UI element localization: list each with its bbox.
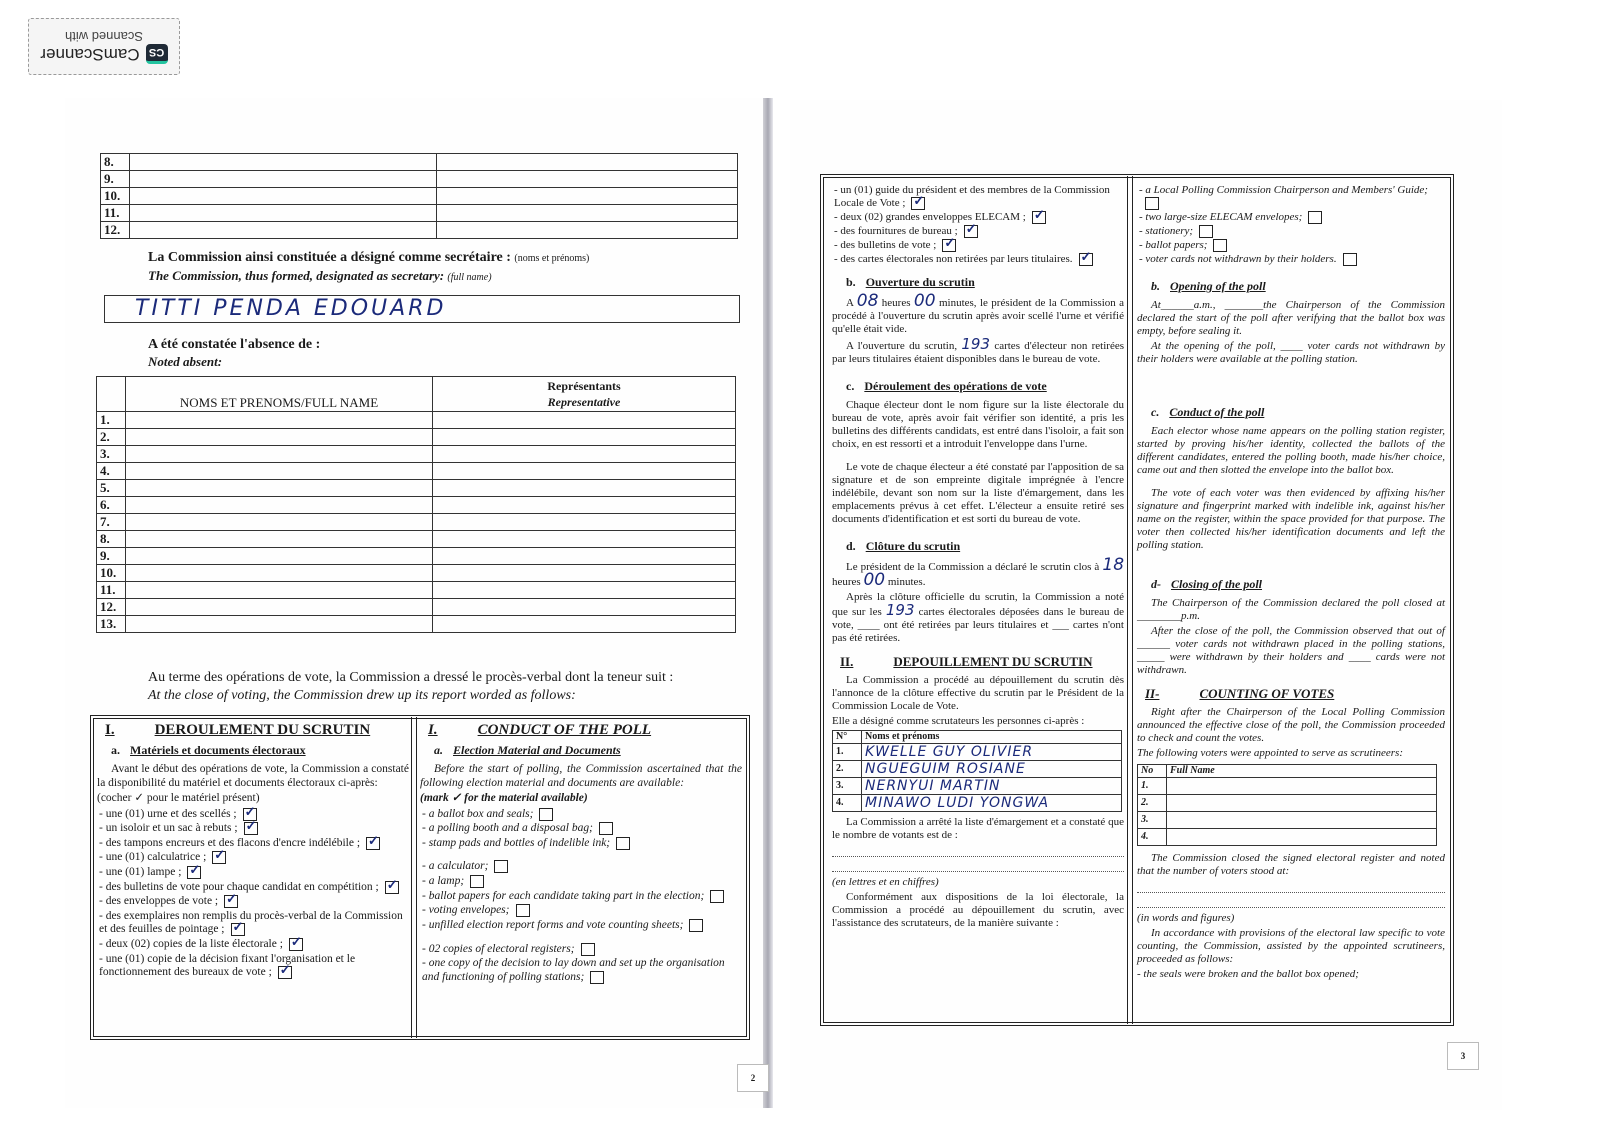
table-row: 1.KWELLE GUY OLIVIER: [833, 744, 1122, 761]
checkbox-checked[interactable]: [366, 837, 380, 850]
table-row: 3.NERNYUI MARTIN: [833, 778, 1122, 795]
checklist-item: - a Local Polling Commission Chairperson…: [1139, 184, 1445, 210]
table-row: 2.: [1138, 795, 1437, 812]
section-en-column: I.CONDUCT OF THE POLL a.Election Materia…: [420, 720, 742, 985]
table-row: 6.: [97, 497, 736, 514]
table-row: 4.: [1138, 829, 1437, 846]
table-row: 5.: [97, 480, 736, 497]
absent-rep-cell[interactable]: [433, 582, 736, 599]
absent-rep-cell[interactable]: [433, 565, 736, 582]
checkbox-empty[interactable]: [581, 943, 595, 956]
table-row: 4.: [97, 463, 736, 480]
camscanner-caption: Scanned with: [65, 29, 143, 44]
scrutineer-name[interactable]: KWELLE GUY OLIVIER: [862, 744, 1122, 761]
checkbox-empty[interactable]: [1308, 211, 1322, 224]
table-row: 1.: [97, 412, 736, 429]
absent-name-cell[interactable]: [126, 582, 433, 599]
member-role-cell[interactable]: [437, 222, 738, 239]
voters-count-line[interactable]: [1137, 897, 1445, 908]
checklist-item: - des enveloppes de vote ;: [99, 895, 409, 909]
checkbox-checked[interactable]: [942, 239, 956, 252]
checklist-item: - des fournitures de bureau ;: [834, 225, 1124, 238]
camscanner-name: CamScanner: [40, 44, 139, 64]
absent-name-cell[interactable]: [126, 616, 433, 633]
section-title: DEROULEMENT DU SCRUTIN: [155, 724, 371, 738]
absent-rep-cell[interactable]: [433, 412, 736, 429]
absent-rep-cell[interactable]: [433, 599, 736, 616]
members-table: 8. 9. 10. 11. 12.: [100, 153, 738, 239]
table-row: 3.: [97, 446, 736, 463]
section-title: COUNTING OF VOTES: [1199, 687, 1334, 700]
report-intro-en: At the close of voting, the Commission d…: [148, 688, 576, 704]
table-row: 10.: [101, 188, 738, 205]
checklist-item: - a calculator;: [422, 860, 742, 874]
table-row: 12.: [101, 222, 738, 239]
checklist-item: - stationery;: [1139, 225, 1445, 238]
table-header: NOMS ET PRENOMS/FULL NAME Représentants …: [97, 377, 736, 412]
column-divider: [411, 717, 417, 1038]
camscanner-logo-icon: CS: [146, 44, 168, 64]
absent-name-cell[interactable]: [126, 446, 433, 463]
absent-rep-cell[interactable]: [433, 463, 736, 480]
checklist-item: - a lamp;: [422, 875, 742, 889]
section-title: DEPOUILLEMENT DU SCRUTIN: [893, 655, 1092, 668]
voters-count-line[interactable]: [832, 846, 1124, 857]
checklist-item: - two large-size ELECAM envelopes;: [1139, 211, 1445, 224]
checklist-item: - voter cards not withdrawn by their hol…: [1139, 253, 1445, 266]
checklist-item: - unfilled election report forms and vot…: [422, 919, 742, 933]
checklist-item: - voting envelopes;: [422, 904, 742, 918]
absent-rep-cell[interactable]: [433, 548, 736, 565]
scrutineers-table-en: NoFull Name 1. 2. 3. 4.: [1137, 764, 1437, 846]
secretary-label-en: The Commission, thus formed, designated …: [148, 268, 492, 284]
absent-rep-cell[interactable]: [433, 531, 736, 548]
checklist-item: - des tampons encreurs et des flacons d'…: [99, 837, 409, 851]
checkbox-empty[interactable]: [539, 808, 553, 821]
table-row: 3.: [1138, 812, 1437, 829]
checkbox-checked[interactable]: [278, 966, 292, 979]
member-name-cell[interactable]: [130, 188, 437, 205]
table-row: 8.: [101, 154, 738, 171]
checkbox-checked[interactable]: [224, 895, 238, 908]
table-row: 4.MINAWO LUDI YONGWA: [833, 795, 1122, 812]
checklist-item: - des exemplaires non remplis du procès-…: [99, 910, 409, 937]
table-row: 2.: [97, 429, 736, 446]
table-row: 11.: [101, 205, 738, 222]
checkbox-empty[interactable]: [710, 890, 724, 903]
column-header-representative: Représentants Representative: [433, 377, 736, 412]
opening-cards-field[interactable]: 193: [961, 335, 990, 353]
checklist-item: - one copy of the decision to lay down a…: [422, 957, 742, 984]
checkbox-empty[interactable]: [1343, 253, 1357, 266]
absent-name-cell[interactable]: [126, 514, 433, 531]
checkbox-empty[interactable]: [599, 822, 613, 835]
absent-name-cell[interactable]: [126, 412, 433, 429]
table-row: 12.: [97, 599, 736, 616]
secretary-label-fr: La Commission ainsi constituée a désigné…: [148, 250, 589, 266]
closing-hours-field[interactable]: 18: [1102, 555, 1124, 575]
checkbox-checked[interactable]: [1032, 211, 1046, 224]
absent-rep-cell[interactable]: [433, 514, 736, 531]
absent-label-fr: A été constatée l'absence de :: [148, 337, 320, 353]
member-name-cell[interactable]: [130, 154, 437, 171]
checklist-item: - une (01) copie de la décision fixant l…: [99, 953, 409, 980]
checkbox-checked[interactable]: [212, 851, 226, 864]
checkbox-empty[interactable]: [494, 860, 508, 873]
table-row: 13.: [97, 616, 736, 633]
absent-name-cell[interactable]: [126, 548, 433, 565]
absent-name-cell[interactable]: [126, 463, 433, 480]
page-spine: [763, 98, 773, 1108]
checklist-item: - des cartes électorales non retirées pa…: [834, 253, 1124, 266]
checkbox-checked[interactable]: [385, 881, 399, 894]
column-divider: [1127, 176, 1133, 1024]
checkbox-empty[interactable]: [516, 904, 530, 917]
checkbox-empty[interactable]: [1199, 225, 1213, 238]
checklist-item: - a ballot box and seals;: [422, 808, 742, 822]
checklist-item: - un isoloir et un sac à rebuts ;: [99, 822, 409, 836]
scrutineer-name-cell[interactable]: [1167, 812, 1437, 829]
table-row: 1.: [1138, 778, 1437, 795]
scrutineer-name[interactable]: MINAWO LUDI YONGWA: [862, 795, 1122, 812]
right-en-column: - a Local Polling Commission Chairperson…: [1137, 184, 1445, 983]
checklist-item: - 02 copies of electoral registers;: [422, 943, 742, 957]
scrutineer-name-cell[interactable]: [1167, 829, 1437, 846]
checklist-item: - un (01) guide du président et des memb…: [834, 184, 1124, 210]
checklist-item: - deux (02) grandes enveloppes ELECAM ;: [834, 211, 1124, 224]
absent-name-cell[interactable]: [126, 480, 433, 497]
absent-name-cell[interactable]: [126, 429, 433, 446]
absent-name-cell[interactable]: [126, 497, 433, 514]
page-number: 2: [737, 1064, 769, 1092]
checkbox-empty[interactable]: [689, 919, 703, 932]
voters-count-line[interactable]: [832, 861, 1124, 872]
voters-count-line[interactable]: [1137, 882, 1445, 893]
checkbox-empty[interactable]: [590, 971, 604, 984]
member-role-cell[interactable]: [437, 205, 738, 222]
closing-cards-field[interactable]: 193: [886, 601, 915, 619]
member-role-cell[interactable]: [437, 154, 738, 171]
opening-hours-field[interactable]: 08: [857, 291, 879, 311]
member-name-cell[interactable]: [130, 171, 437, 188]
right-fr-column: - un (01) guide du président et des memb…: [832, 184, 1124, 932]
checkbox-checked[interactable]: [187, 866, 201, 879]
member-name-cell[interactable]: [130, 222, 437, 239]
scrutineer-name-cell[interactable]: [1167, 778, 1437, 795]
column-header-name: NOMS ET PRENOMS/FULL NAME: [126, 377, 433, 412]
checkbox-checked[interactable]: [289, 938, 303, 951]
checklist-item: - stamp pads and bottles of indelible in…: [422, 837, 742, 851]
table-row: 11.: [97, 582, 736, 599]
table-row: 7.: [97, 514, 736, 531]
closing-minutes-field[interactable]: 00: [863, 570, 885, 590]
table-row: 8.: [97, 531, 736, 548]
report-intro-fr: Au terme des opérations de vote, la Comm…: [148, 670, 673, 686]
checkbox-empty[interactable]: [1213, 239, 1227, 252]
checkbox-checked[interactable]: [1079, 253, 1093, 266]
checklist-item: - a polling booth and a disposal bag;: [422, 822, 742, 836]
checklist-item: - des bulletins de vote pour chaque cand…: [99, 881, 409, 895]
checkbox-checked[interactable]: [911, 197, 925, 210]
scrutineer-name[interactable]: NERNYUI MARTIN: [862, 778, 1122, 795]
section-fr-column: I.DEROULEMENT DU SCRUTIN a.Matériels et …: [97, 720, 409, 981]
checkbox-empty[interactable]: [470, 875, 484, 888]
opening-minutes-field[interactable]: 00: [914, 291, 936, 311]
checkbox-empty[interactable]: [616, 837, 630, 850]
checkbox-checked[interactable]: [244, 822, 258, 835]
absent-rep-cell[interactable]: [433, 616, 736, 633]
absent-label-en: Noted absent:: [148, 354, 222, 370]
member-role-cell[interactable]: [437, 188, 738, 205]
scrutineer-name[interactable]: NGUEGUIM ROSIANE: [862, 761, 1122, 778]
table-row: 9.: [97, 548, 736, 565]
absent-rep-cell[interactable]: [433, 429, 736, 446]
checklist-item: - ballot papers for each candidate takin…: [422, 890, 742, 904]
table-row: 10.: [97, 565, 736, 582]
checklist-item: - une (01) lampe ;: [99, 866, 409, 880]
checklist-item: - ballot papers;: [1139, 239, 1445, 252]
scrutineers-table-fr: N°Noms et prénoms 1.KWELLE GUY OLIVIER 2…: [832, 730, 1122, 812]
table-row: 9.: [101, 171, 738, 188]
member-name-cell[interactable]: [130, 205, 437, 222]
checkbox-checked[interactable]: [231, 923, 245, 936]
absent-rep-cell[interactable]: [433, 480, 736, 497]
table-row: 2.NGUEGUIM ROSIANE: [833, 761, 1122, 778]
checklist-item: - deux (02) copies de la liste électoral…: [99, 938, 409, 952]
absent-name-cell[interactable]: [126, 565, 433, 582]
checklist-item: - une (01) calculatrice ;: [99, 851, 409, 865]
checkbox-empty[interactable]: [1145, 197, 1159, 210]
absent-name-cell[interactable]: [126, 531, 433, 548]
page-number: 3: [1447, 1042, 1479, 1070]
section-title: CONDUCT OF THE POLL: [478, 724, 651, 738]
absent-name-cell[interactable]: [126, 599, 433, 616]
camscanner-watermark: CS CamScanner Scanned with: [28, 18, 180, 75]
absent-rep-cell[interactable]: [433, 446, 736, 463]
secretary-name-field[interactable]: TITTI PENDA EDOUARD: [104, 295, 740, 323]
member-role-cell[interactable]: [437, 171, 738, 188]
absent-rep-cell[interactable]: [433, 497, 736, 514]
checkbox-checked[interactable]: [964, 225, 978, 238]
scrutineer-name-cell[interactable]: [1167, 795, 1437, 812]
absent-table: NOMS ET PRENOMS/FULL NAME Représentants …: [96, 376, 736, 633]
